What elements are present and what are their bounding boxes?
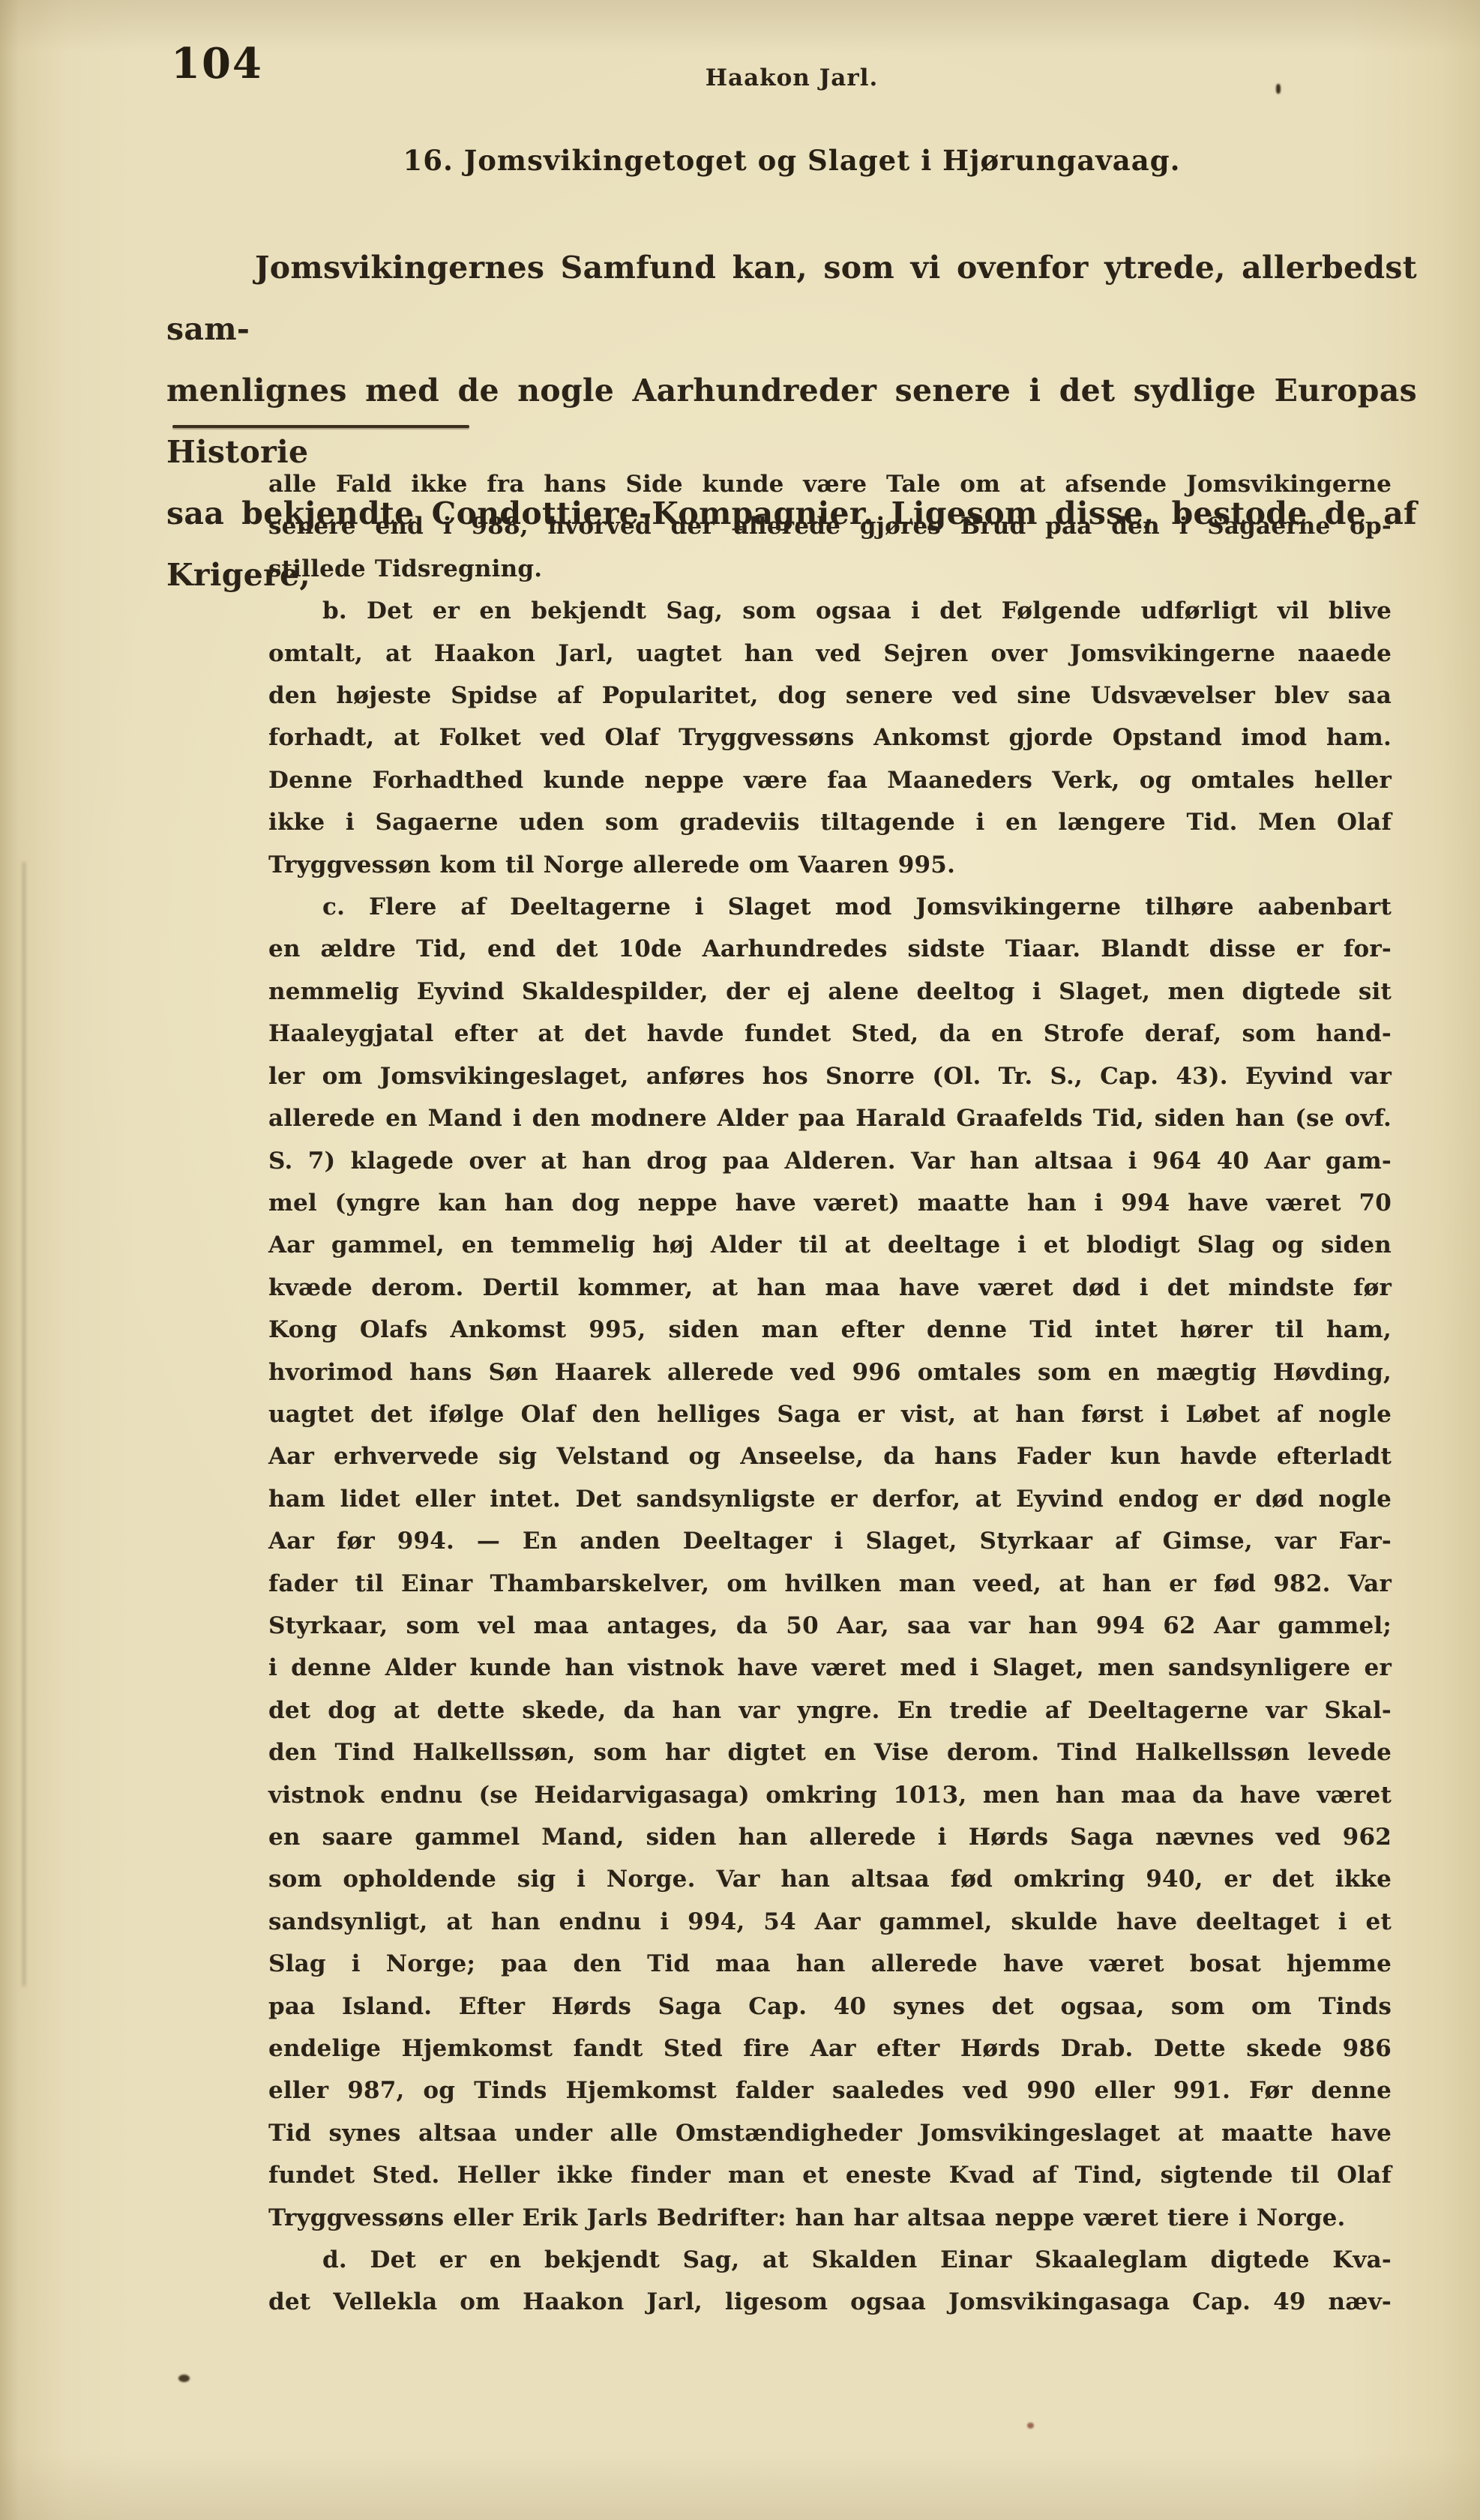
footnote-line: kvæde derom. Dertil kommer, at han maa h…	[268, 1267, 1392, 1309]
footnote-line: d. Det er en bekjendt Sag, at Skalden Ei…	[268, 2239, 1392, 2281]
footnote-line: fundet Sted. Heller ikke finder man et e…	[268, 2154, 1392, 2196]
footnote-line: allerede en Mand i den modnere Alder paa…	[268, 1097, 1392, 1139]
footnote-line: ham lidet eller intet. Det sandsynligste…	[268, 1478, 1392, 1520]
footnote-line: fader til Einar Thambarskelver, om hvilk…	[268, 1563, 1392, 1605]
footnote-line: stillede Tidsregning.	[268, 548, 1392, 590]
footnote-line: Tryggvessøn kom til Norge allerede om Va…	[268, 844, 1392, 886]
footnote-line: uagtet det ifølge Olaf den helliges Saga…	[268, 1393, 1392, 1435]
footnote-line: Styrkaar, som vel maa antages, da 50 Aar…	[268, 1605, 1392, 1647]
footnote-line: c. Flere af Deeltagerne i Slaget mod Jom…	[268, 886, 1392, 928]
footnotes: alle Fald ikke fra hans Side kunde være …	[268, 463, 1392, 2324]
footnote-line: senere end i 988, hvorved der allerede g…	[268, 505, 1392, 547]
footnote-separator	[172, 425, 469, 428]
footnote-line: ikke i Sagaerne uden som gradeviis tilta…	[268, 801, 1392, 843]
section-heading: 16. Jomsvikingetoget og Slaget i Hjørung…	[166, 144, 1417, 177]
footnote-line: den højeste Spidse af Popularitet, dog s…	[268, 675, 1392, 717]
footnote-line: omtalt, at Haakon Jarl, uagtet han ved S…	[268, 633, 1392, 675]
main-paragraph-line: Jomsvikingernes Samfund kan, som vi oven…	[166, 237, 1417, 360]
footnote-line: b. Det er en bekjendt Sag, som ogsaa i d…	[268, 590, 1392, 632]
footnote-line: den Tind Halkellssøn, som har digtet en …	[268, 1731, 1392, 1773]
paper-speck	[1276, 84, 1281, 94]
footnote-line: det Vellekla om Haakon Jarl, ligesom ogs…	[268, 2281, 1392, 2323]
footnote-line: Tid synes altsaa under alle Omstændighed…	[268, 2112, 1392, 2154]
footnote-line: Aar før 994. — En anden Deeltager i Slag…	[268, 1520, 1392, 1562]
footnote-line: det dog at dette skede, da han var yngre…	[268, 1689, 1392, 1731]
footnote-paragraph: c. Flere af Deeltagerne i Slaget mod Jom…	[268, 886, 1392, 2239]
page-edge-shadow	[22, 862, 25, 1986]
footnote-line: vistnok endnu (se Heidarvigasaga) omkrin…	[268, 1774, 1392, 1816]
footnote-line: nemmelig Eyvind Skaldespilder, der ej al…	[268, 971, 1392, 1013]
footnote-paragraph: b. Det er en bekjendt Sag, som ogsaa i d…	[268, 590, 1392, 886]
paper-speck	[1027, 2423, 1034, 2429]
footnote-line: ler om Jomsvikingeslaget, anføres hos Sn…	[268, 1055, 1392, 1097]
footnote-line: en saare gammel Mand, siden han allerede…	[268, 1816, 1392, 1858]
footnote-line: hvorimod hans Søn Haarek allerede ved 99…	[268, 1351, 1392, 1393]
footnote-line: som opholdende sig i Norge. Var han alts…	[268, 1858, 1392, 1900]
footnote-paragraph: d. Det er en bekjendt Sag, at Skalden Ei…	[268, 2239, 1392, 2324]
running-head: Haakon Jarl.	[166, 64, 1417, 91]
book-page: 104 Haakon Jarl. 16. Jomsvikingetoget og…	[0, 0, 1480, 2520]
footnote-line: paa Island. Efter Hørds Saga Cap. 40 syn…	[268, 1986, 1392, 2028]
paper-speck	[178, 2375, 190, 2382]
footnote-line: forhadt, at Folket ved Olaf Tryggvessøns…	[268, 717, 1392, 759]
footnote-line: Tryggvessøns eller Erik Jarls Bedrifter:…	[268, 2197, 1392, 2239]
footnote-line: alle Fald ikke fra hans Side kunde være …	[268, 463, 1392, 505]
footnote-line: i denne Alder kunde han vistnok have vær…	[268, 1647, 1392, 1689]
footnote-line: Haaleygjatal efter at det havde fundet S…	[268, 1013, 1392, 1055]
footnote-line: Aar gammel, en temmelig høj Alder til at…	[268, 1224, 1392, 1266]
footnote-line: Slag i Norge; paa den Tid maa han allere…	[268, 1943, 1392, 1985]
footnote-line: eller 987, og Tinds Hjemkomst falder saa…	[268, 2070, 1392, 2111]
footnote-line: S. 7) klagede over at han drog paa Alder…	[268, 1140, 1392, 1182]
footnote-line: mel (yngre kan han dog neppe have været)…	[268, 1182, 1392, 1224]
footnote-paragraph: alle Fald ikke fra hans Side kunde være …	[268, 463, 1392, 590]
footnote-line: Denne Forhadthed kunde neppe være faa Ma…	[268, 759, 1392, 801]
footnote-line: en ældre Tid, end det 10de Aarhundredes …	[268, 928, 1392, 970]
footnote-line: Kong Olafs Ankomst 995, siden man efter …	[268, 1309, 1392, 1351]
footnote-line: endelige Hjemkomst fandt Sted fire Aar e…	[268, 2028, 1392, 2070]
footnote-line: Aar erhvervede sig Velstand og Anseelse,…	[268, 1435, 1392, 1477]
footnote-line: sandsynligt, at han endnu i 994, 54 Aar …	[268, 1901, 1392, 1943]
